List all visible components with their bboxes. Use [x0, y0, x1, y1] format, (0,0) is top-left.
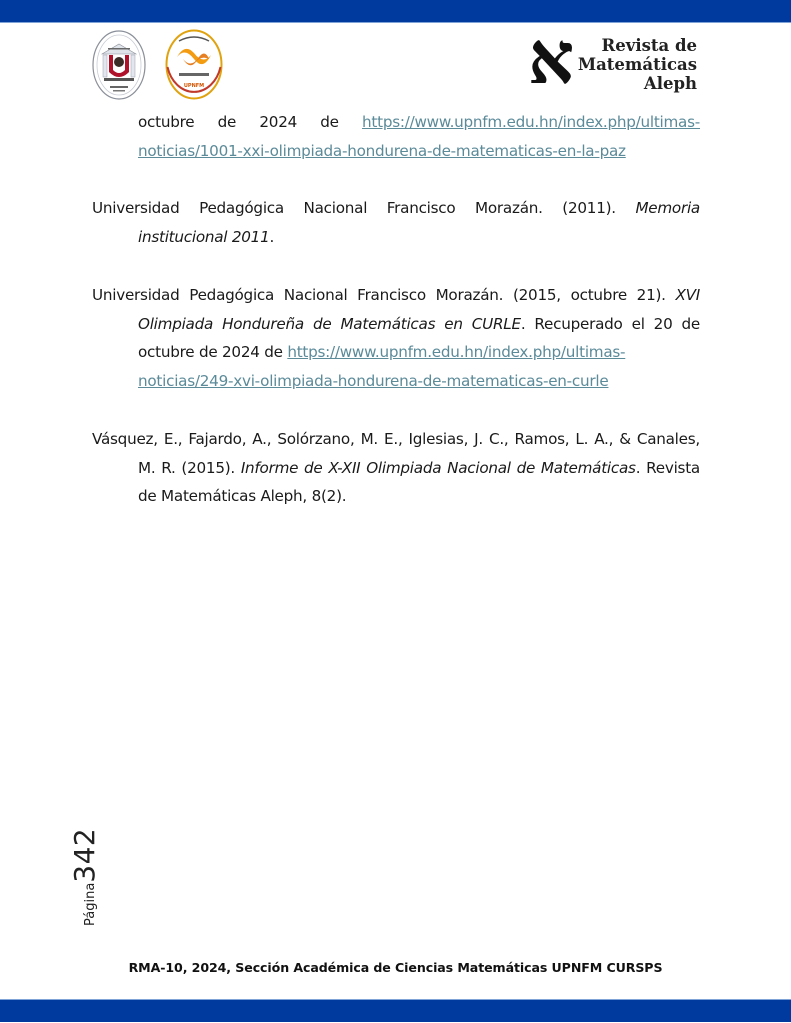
journal-title-line: Revista de: [578, 36, 697, 55]
math-olympiad-emblem-icon: UPNFM: [165, 29, 223, 100]
journal-title-line: Matemáticas: [578, 55, 697, 74]
reference-line: octubre de 2024 de https://www.upnfm.edu…: [138, 108, 700, 137]
reference-link[interactable]: noticias/249-xvi-olimpiada-hondurena-de-…: [138, 372, 608, 390]
reference-item: Universidad Pedagógica Nacional Francisc…: [92, 194, 700, 252]
header-bar: [0, 0, 791, 23]
reference-author: Universidad Pedagógica Nacional Francisc…: [92, 199, 635, 217]
reference-text: octubre de 2024 de: [138, 113, 362, 131]
page-word: Página: [83, 883, 98, 926]
reference-item: Universidad Pedagógica Nacional Francisc…: [92, 281, 700, 396]
reference-list: octubre de 2024 de https://www.upnfm.edu…: [92, 108, 700, 540]
journal-logo: א Revista de Matemáticas Aleph: [528, 28, 703, 100]
journal-title-line: Aleph: [578, 74, 697, 93]
page-number-label: Página342: [68, 828, 101, 926]
university-seal-icon: [92, 30, 146, 100]
svg-text:UPNFM: UPNFM: [184, 83, 204, 89]
footer-bar: [0, 999, 791, 1022]
reference-link[interactable]: https://www.upnfm.edu.hn/index.php/ultim…: [287, 343, 625, 361]
reference-item: Vásquez, E., Fajardo, A., Solórzano, M. …: [92, 425, 700, 511]
aleph-icon: א: [528, 22, 574, 94]
reference-title: Informe de X-XII Olimpiada Nacional de M…: [241, 459, 636, 477]
page-digits: 342: [68, 828, 101, 883]
footer-text: RMA-10, 2024, Sección Académica de Cienc…: [0, 960, 791, 975]
page-number: Página342: [10, 830, 80, 930]
journal-title: Revista de Matemáticas Aleph: [578, 36, 697, 93]
reference-link[interactable]: https://www.upnfm.edu.hn/index.php/ultim…: [362, 113, 700, 131]
reference-text: .: [270, 228, 275, 246]
reference-item: octubre de 2024 de https://www.upnfm.edu…: [92, 108, 700, 166]
reference-author: Universidad Pedagógica Nacional Francisc…: [92, 286, 675, 304]
reference-link[interactable]: noticias/1001-xxi-olimpiada-hondurena-de…: [138, 142, 626, 160]
